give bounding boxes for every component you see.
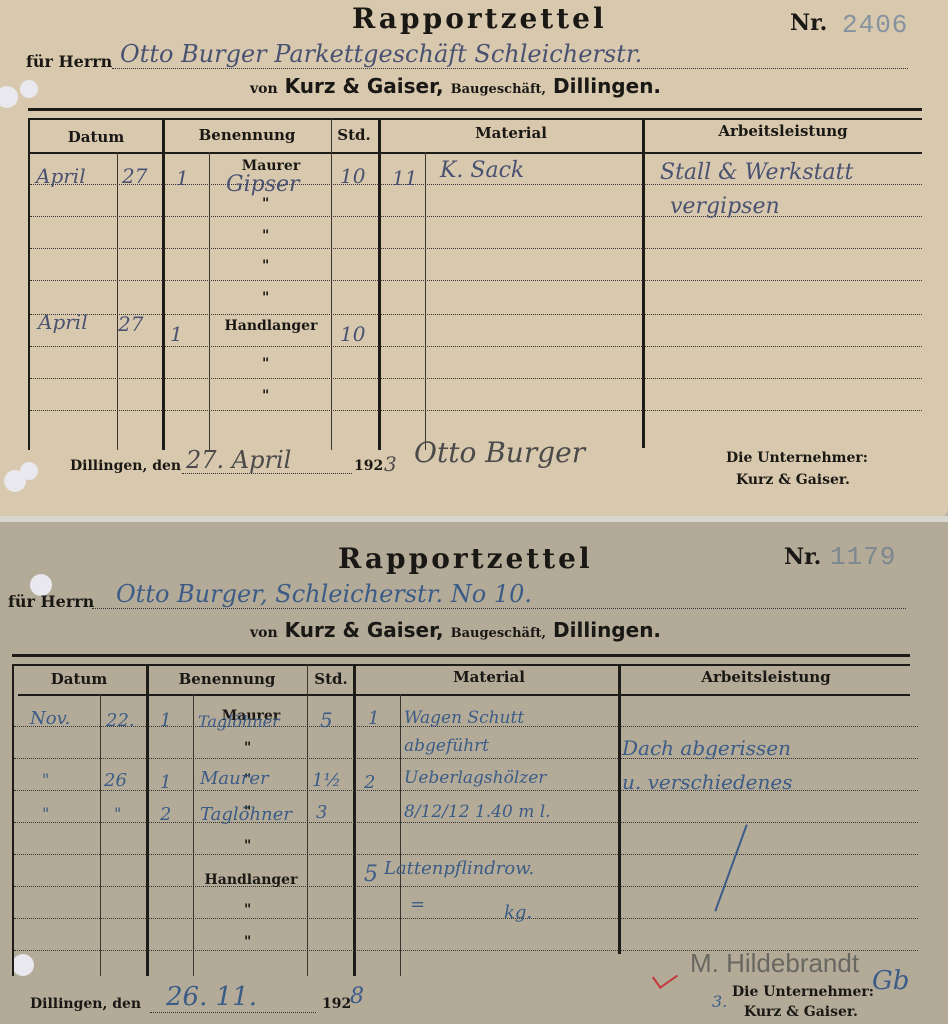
col-header-std: Std.	[308, 670, 354, 688]
date-line	[150, 1012, 316, 1013]
col-header-datum: Datum	[30, 128, 162, 146]
punch-hole	[20, 80, 38, 98]
entry-month: April	[36, 164, 86, 188]
entry-day: "	[114, 804, 121, 823]
col-header-arbeitsleistung: Arbeitsleistung	[622, 668, 910, 686]
entry-day: 27	[118, 312, 143, 336]
company-name: Kurz & Gaiser,	[285, 618, 444, 642]
entry-name: Maurer	[200, 768, 269, 789]
nr-label: Nr.	[784, 544, 821, 570]
col-divider	[378, 118, 381, 450]
entry-material: kg.	[504, 902, 532, 923]
col-header-benennung: Benennung	[164, 126, 330, 144]
entry-material: Wagen Schutt	[404, 708, 524, 728]
entry-material: 8/12/12 1.40 m l.	[404, 802, 551, 822]
unternehmer-label: Die Unternehmer:	[732, 984, 874, 1000]
company-type: Baugeschäft,	[451, 626, 546, 641]
stamp-note: 3.	[712, 992, 727, 1011]
entry-name: Taglöhner	[200, 804, 292, 825]
company-type: Baugeschäft,	[451, 82, 546, 97]
col-divider	[100, 694, 101, 976]
col-divider	[642, 118, 645, 448]
entry-mat-qty: 11	[392, 166, 417, 190]
company-city: Dillingen.	[553, 74, 661, 98]
year-suffix: 3	[384, 452, 397, 476]
fuer-herrn-line	[92, 608, 906, 609]
unternehmer-name: Kurz & Gaiser.	[736, 472, 850, 488]
initials: Gb	[872, 966, 909, 996]
col-header-datum: Datum	[14, 670, 144, 688]
table-border-left	[28, 118, 30, 450]
row-line	[30, 216, 922, 217]
row-line	[30, 346, 922, 347]
label-handlanger: Handlanger	[196, 872, 306, 888]
nr-label: Nr.	[790, 10, 827, 36]
col-divider	[400, 694, 401, 976]
row-line	[30, 248, 922, 249]
entry-std: 10	[340, 164, 365, 188]
col-divider	[209, 152, 210, 450]
col-header-arbeitsleistung: Arbeitsleistung	[644, 122, 922, 140]
nr-value: 1179	[830, 542, 896, 572]
year-suffix: 8	[350, 984, 364, 1009]
red-checkmark-icon	[652, 965, 678, 989]
entry-count: 1	[160, 772, 171, 793]
entry-month: April	[38, 310, 88, 334]
entry-name: Gipser	[226, 172, 300, 197]
punch-hole	[0, 86, 18, 108]
company-line: von Kurz & Gaiser, Baugeschäft, Dillinge…	[250, 74, 661, 98]
ditto-mark: "	[262, 196, 269, 212]
col-divider	[353, 664, 356, 976]
nr-value: 2406	[842, 10, 908, 40]
unternehmer-name: Kurz & Gaiser.	[744, 1004, 858, 1020]
place-label: Dillingen, den	[70, 458, 181, 474]
entry-mat-qty: =	[410, 894, 425, 915]
entry-material: Ueberlagshölzer	[404, 768, 546, 788]
company-von: von	[250, 81, 278, 97]
entry-mat-qty: 5	[364, 862, 378, 887]
col-header-std: Std.	[332, 126, 376, 144]
place-date: 27. April	[186, 446, 291, 474]
unternehmer-label: Die Unternehmer:	[726, 450, 868, 466]
company-city: Dillingen.	[553, 618, 661, 642]
col-divider	[162, 118, 165, 450]
row-line	[14, 854, 918, 855]
ditto-mark: "	[244, 740, 251, 756]
entry-work: Dach abgerissen	[622, 736, 791, 760]
entry-std: 10	[340, 322, 365, 346]
table-border-left	[12, 664, 14, 976]
col-header-material: Material	[380, 124, 642, 142]
entry-month: Nov.	[30, 708, 70, 729]
year-prefix: 192	[354, 458, 383, 474]
ditto-mark: "	[244, 934, 251, 950]
place-date: 26. 11.	[166, 982, 257, 1012]
entry-work: u. verschiedenes	[622, 770, 793, 794]
signature: Otto Burger	[414, 436, 585, 469]
header-rule	[28, 108, 922, 111]
entry-month: "	[42, 804, 49, 823]
col-divider	[117, 152, 118, 450]
header-rule	[12, 654, 910, 657]
ditto-mark: "	[244, 902, 251, 918]
label-handlanger: Handlanger	[212, 318, 330, 334]
col-divider	[618, 664, 621, 954]
entry-count: 2	[160, 804, 171, 825]
entry-day: 27	[122, 164, 147, 188]
entry-day: 22.	[106, 710, 135, 731]
row-line	[30, 378, 922, 379]
entry-std: 1½	[312, 770, 341, 791]
ditto-mark: "	[262, 356, 269, 372]
row-line	[30, 280, 922, 281]
entry-std: 3	[316, 802, 327, 823]
entry-material: abgeführt	[404, 736, 489, 756]
col-divider	[331, 118, 332, 450]
col-divider	[307, 664, 308, 976]
entry-work: vergipsen	[670, 194, 780, 219]
fuer-herrn-value: Otto Burger Parkettgeschäft Schleicherst…	[120, 40, 642, 68]
card-title: Rapportzettel	[352, 2, 607, 35]
report-card-2406: Rapportzettel Nr. 2406 für Herrn Otto Bu…	[0, 0, 948, 518]
col-header-benennung: Benennung	[148, 670, 306, 688]
company-von: von	[250, 625, 278, 641]
strike-slash	[714, 824, 747, 911]
row-line	[14, 886, 918, 887]
col-divider	[146, 664, 149, 976]
ditto-mark: "	[262, 290, 269, 306]
col-divider	[193, 694, 194, 976]
fuer-herrn-label: für Herrn	[26, 52, 112, 71]
entry-std: 5	[320, 708, 333, 732]
company-name: Kurz & Gaiser,	[285, 74, 444, 98]
row-line	[14, 822, 918, 823]
row-line	[30, 410, 922, 411]
fuer-herrn-line	[112, 68, 908, 69]
fuer-herrn-value: Otto Burger, Schleicherstr. No 10.	[116, 580, 532, 608]
entry-count: 1	[170, 322, 183, 346]
entry-mat-qty: 1	[368, 708, 379, 729]
ditto-mark: "	[244, 838, 251, 854]
entry-material: Lattenpflindrow.	[384, 858, 534, 879]
table-header-bottom-rule	[18, 694, 910, 696]
place-label: Dillingen, den	[30, 996, 141, 1012]
fuer-herrn-label: für Herrn	[8, 592, 94, 611]
ditto-mark: "	[262, 258, 269, 274]
ditto-mark: "	[262, 388, 269, 404]
col-header-material: Material	[358, 668, 620, 686]
entry-month: "	[42, 770, 49, 789]
col-divider	[425, 152, 426, 450]
entry-day: 26	[104, 770, 127, 791]
row-line	[30, 314, 922, 315]
entry-work: Stall & Werkstatt	[660, 160, 853, 185]
ditto-mark: "	[262, 228, 269, 244]
company-line: von Kurz & Gaiser, Baugeschäft, Dillinge…	[250, 618, 661, 642]
punch-hole	[12, 954, 34, 976]
row-line	[14, 918, 918, 919]
entry-material: K. Sack	[440, 158, 524, 183]
year-prefix: 192	[322, 996, 351, 1012]
report-card-1179: Rapportzettel Nr. 1179 für Herrn Otto Bu…	[0, 522, 948, 1024]
entry-mat-qty: 2	[364, 772, 375, 793]
entry-name: Taglöhner	[198, 712, 280, 731]
entry-count: 1	[160, 710, 171, 731]
punch-hole	[20, 462, 38, 480]
card-title: Rapportzettel	[338, 542, 593, 575]
entry-count: 1	[176, 166, 189, 190]
watermark: M. Hildebrandt	[690, 948, 859, 979]
